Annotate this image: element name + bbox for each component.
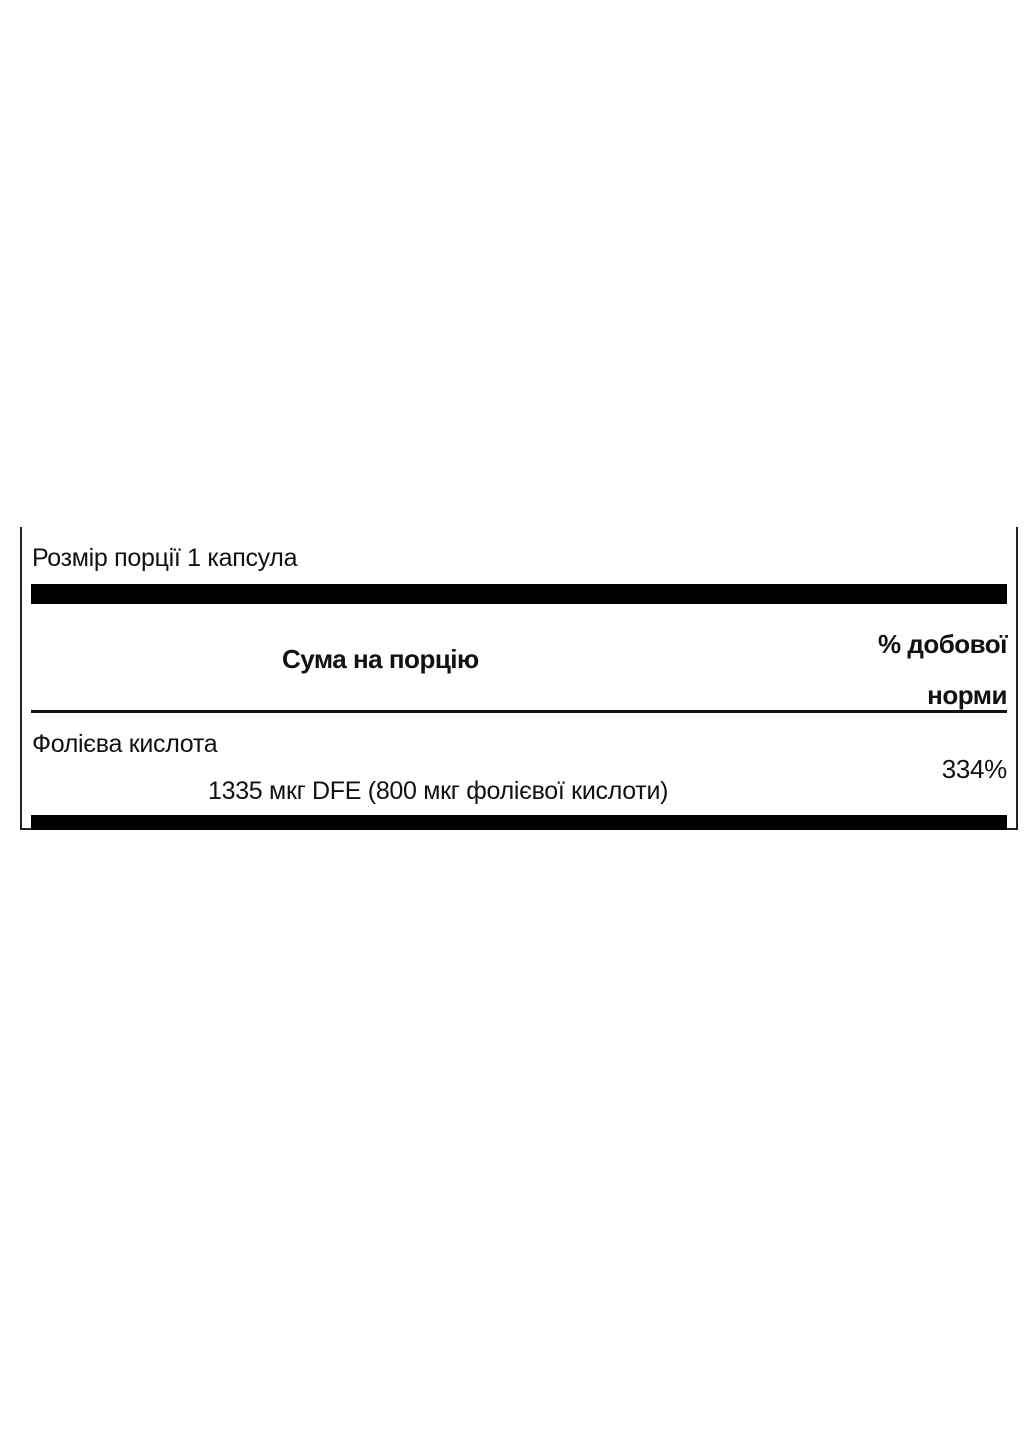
serving-size: Розмір порції 1 капсула [32, 544, 297, 573]
daily-value-header-line2: норми [878, 670, 1007, 721]
nutrient-amount: 1335 мкг DFE (800 мкг фолієвої кислоти) [208, 777, 668, 806]
daily-value-header-line1: % добової [878, 619, 1007, 670]
amount-per-serving-header: Сума на порцію [282, 644, 479, 675]
thick-divider [31, 584, 1007, 604]
nutrient-name: Фолієва кислота [32, 730, 217, 759]
header-divider [31, 710, 1007, 713]
nutrient-daily-value: 334% [942, 754, 1007, 785]
bottom-thick-divider [31, 815, 1007, 830]
daily-value-header: % добової норми [878, 619, 1007, 721]
supplement-facts-panel: Розмір порції 1 капсула Сума на порцію %… [20, 527, 1018, 830]
